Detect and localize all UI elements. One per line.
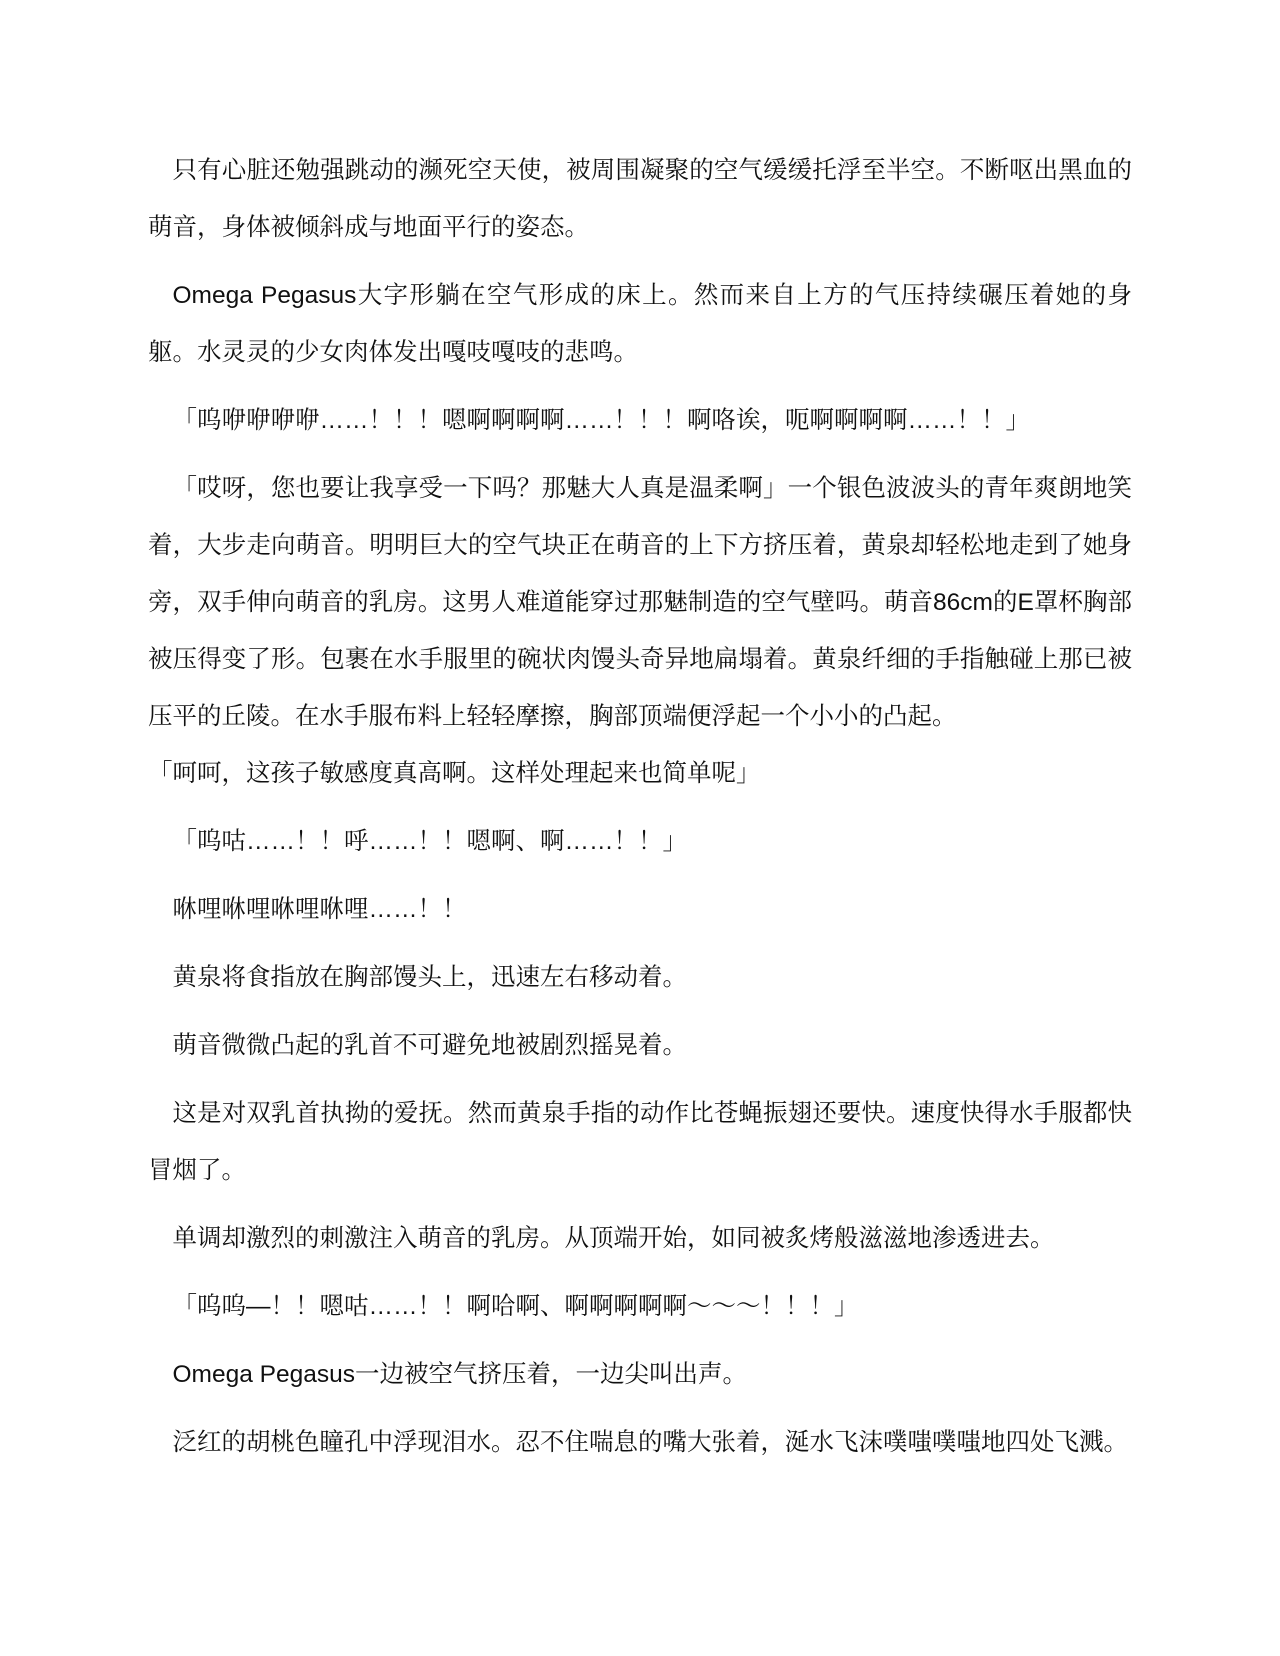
paragraph: 「呜呜—！！嗯咕……！！啊哈啊、啊啊啊啊啊～～～！！！」 bbox=[148, 1278, 1132, 1335]
paragraph: 「呜咕……！！呼……！！嗯啊、啊……！！」 bbox=[148, 813, 1132, 870]
paragraph: 「呜咿咿咿咿……！！！嗯啊啊啊啊……！！！啊咯诶，呃啊啊啊啊……！！」 bbox=[148, 392, 1132, 449]
paragraph: 泛红的胡桃色瞳孔中浮现泪水。忍不住喘息的嘴大张着，涎水飞沫噗嗤噗嗤地四处飞溅。 bbox=[148, 1414, 1132, 1471]
paragraph: 这是对双乳首执拗的爱抚。然而黄泉手指的动作比苍蝇振翅还要快。速度快得水手服都快冒… bbox=[148, 1085, 1132, 1199]
paragraph: 咻哩咻哩咻哩咻哩……！！ bbox=[148, 881, 1132, 938]
paragraph: Omega Pegasus大字形躺在空气形成的床上。然而来自上方的气压持续碾压着… bbox=[148, 267, 1132, 381]
paragraph: Omega Pegasus一边被空气挤压着，一边尖叫出声。 bbox=[148, 1346, 1132, 1403]
paragraph: 「哎呀，您也要让我享受一下吗？那魅大人真是温柔啊」一个银色波波头的青年爽朗地笑着… bbox=[148, 460, 1132, 745]
paragraph: 单调却激烈的刺激注入萌音的乳房。从顶端开始，如同被炙烤般滋滋地渗透进去。 bbox=[148, 1210, 1132, 1267]
paragraph: 黄泉将食指放在胸部馒头上，迅速左右移动着。 bbox=[148, 949, 1132, 1006]
paragraph: 「呵呵，这孩子敏感度真高啊。这样处理起来也简单呢」 bbox=[148, 745, 1132, 802]
novel-page: 只有心脏还勉强跳动的濒死空天使，被周围凝聚的空气缓缓托浮至半空。不断呕出黑血的萌… bbox=[0, 0, 1280, 1656]
paragraph: 只有心脏还勉强跳动的濒死空天使，被周围凝聚的空气缓缓托浮至半空。不断呕出黑血的萌… bbox=[148, 142, 1132, 256]
paragraph: 萌音微微凸起的乳首不可避免地被剧烈摇晃着。 bbox=[148, 1017, 1132, 1074]
